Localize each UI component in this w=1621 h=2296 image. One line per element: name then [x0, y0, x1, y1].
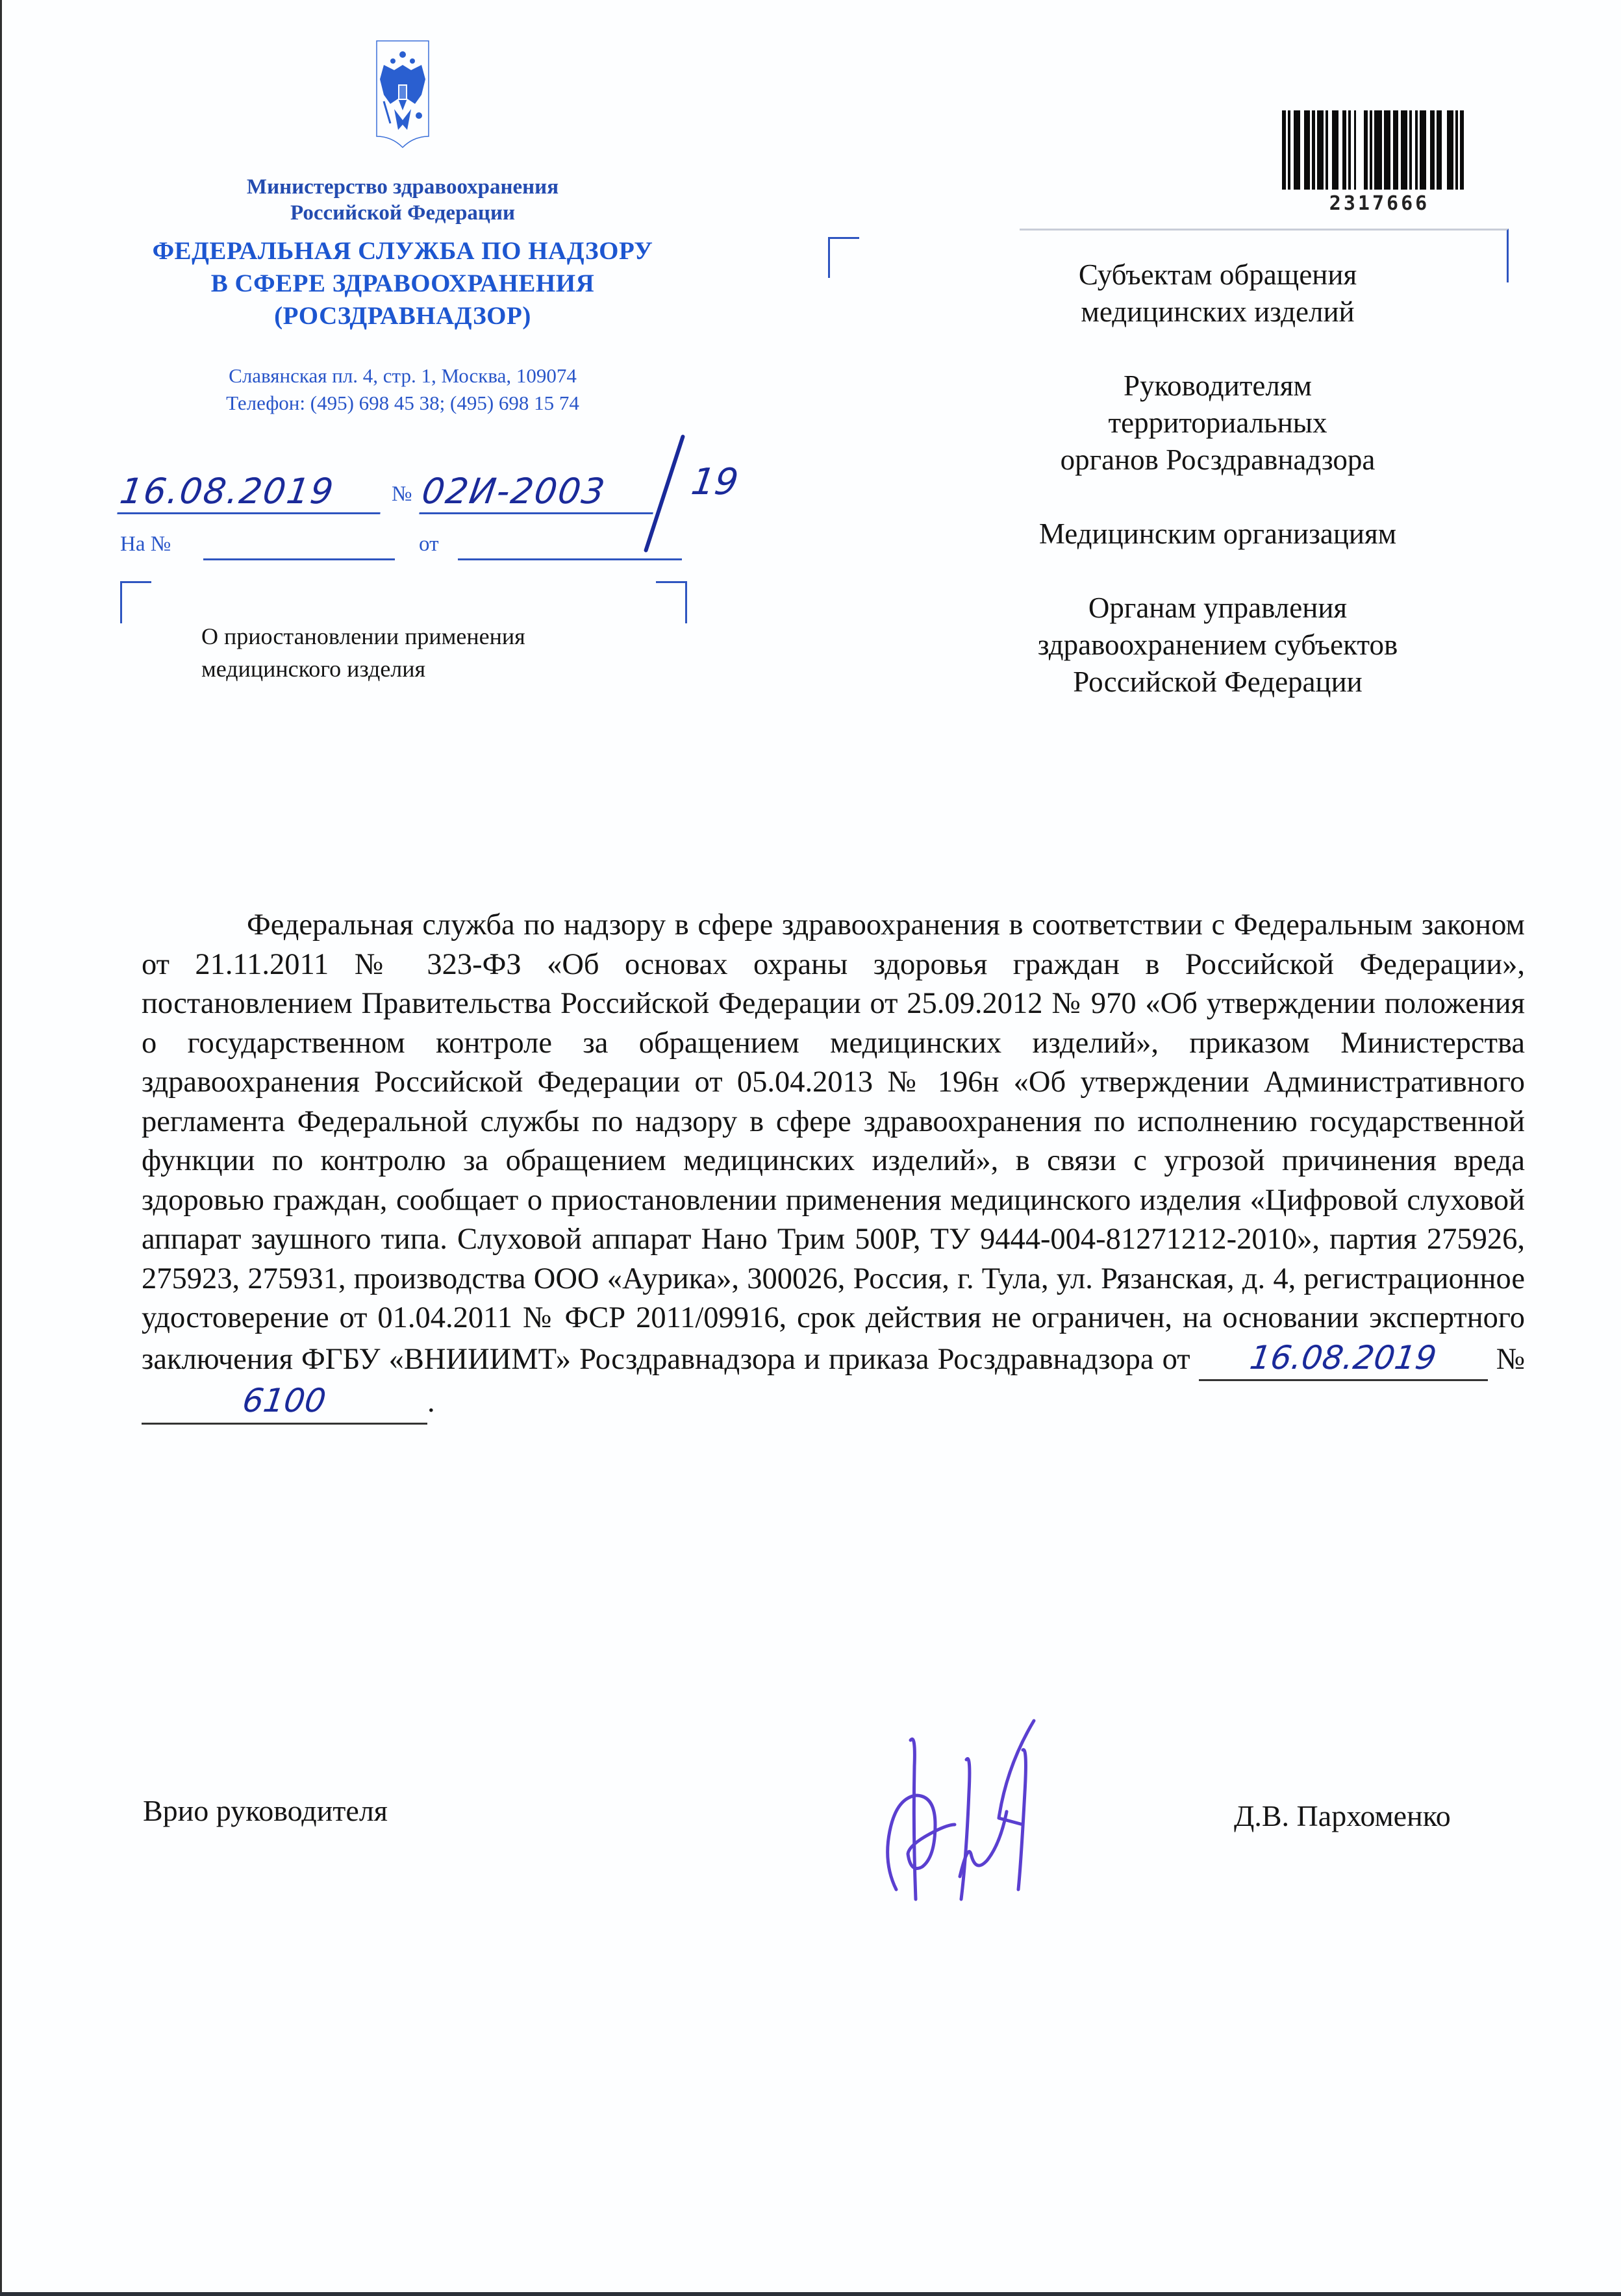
- letterhead: Министерство здравоохранения Российской …: [97, 39, 708, 417]
- addressee: Руководителям территориальных органов Ро…: [909, 368, 1526, 479]
- addressee-line: здравоохранением субъектов: [909, 627, 1526, 664]
- signature-icon: [851, 1714, 1039, 1903]
- addressee-line: Органам управления: [909, 590, 1526, 627]
- addressee-line: Российской Федерации: [909, 664, 1526, 701]
- registration-line: 16.08.2019 № 02И-2003 19: [120, 471, 783, 523]
- subject: О приостановлении применения медицинског…: [201, 620, 525, 685]
- addressee-corner-left: [828, 237, 859, 278]
- addressee-line: медицинских изделий: [909, 293, 1526, 331]
- subject-corner-right: [656, 581, 687, 623]
- page-edge: [0, 2292, 1621, 2296]
- in-reply-label: На №: [120, 532, 171, 556]
- order-number-label: №: [1496, 1343, 1525, 1376]
- registration-number-suffix: 19: [688, 461, 740, 503]
- in-reply-line: На № от: [120, 532, 685, 565]
- address: Славянская пл. 4, стр. 1, Москва, 109074: [97, 362, 708, 390]
- number-label: №: [392, 482, 412, 506]
- subject-line: медицинского изделия: [201, 653, 525, 685]
- letter-body: Федеральная служба по надзору в сфере зд…: [142, 906, 1525, 1425]
- body-paragraph: Федеральная служба по надзору в сфере зд…: [142, 908, 1525, 1376]
- addressee: Субъектам обращения медицинских изделий: [909, 256, 1526, 331]
- service-abbrev: (РОСЗДРАВНАДЗОР): [97, 300, 708, 332]
- registration-date: 16.08.2019: [117, 471, 386, 514]
- from-label: от: [419, 532, 439, 556]
- addressee-line: Медицинским организациям: [909, 516, 1526, 553]
- addressee-list: Субъектам обращения медицинских изделий …: [909, 256, 1526, 738]
- subject-corner-left: [120, 581, 151, 623]
- barcode-bars: [1282, 110, 1477, 190]
- end-punctuation: .: [427, 1386, 435, 1419]
- registration-number: 02И-2003: [419, 471, 659, 514]
- signatory-title: Врио руководителя: [143, 1793, 388, 1828]
- barcode-number: 2317666: [1282, 192, 1477, 215]
- service-name-2: В СФЕРЕ ЗДРАВООХРАНЕНИЯ: [97, 268, 708, 300]
- in-reply-number-field: [203, 558, 395, 560]
- in-reply-date-field: [458, 558, 682, 560]
- page-edge: [0, 0, 2, 2296]
- addressee: Медицинским организациям: [909, 516, 1526, 553]
- addressee-line: территориальных: [909, 405, 1526, 442]
- ministry-country: Российской Федерации: [97, 200, 708, 226]
- coat-of-arms-icon: [375, 39, 431, 149]
- order-date-field: 16.08.2019: [1199, 1338, 1488, 1382]
- addressee: Органам управления здравоохранением субъ…: [909, 590, 1526, 701]
- addressee-line: Субъектам обращения: [909, 256, 1526, 293]
- service-name-1: ФЕДЕРАЛЬНАЯ СЛУЖБА ПО НАДЗОРУ: [97, 235, 708, 268]
- addressee-line: Руководителям: [909, 368, 1526, 405]
- order-date: 16.08.2019: [1248, 1338, 1439, 1378]
- barcode: 2317666: [1282, 110, 1477, 215]
- ministry-name: Министерство здравоохранения: [97, 174, 708, 200]
- order-number: 6100: [240, 1381, 329, 1421]
- phone: Телефон: (495) 698 45 38; (495) 698 15 7…: [97, 390, 708, 417]
- subject-line: О приостановлении применения: [201, 620, 525, 653]
- order-number-field: 6100: [142, 1381, 427, 1425]
- addressee-line: органов Росздравнадзора: [909, 442, 1526, 479]
- signatory-name: Д.В. Пархоменко: [1234, 1799, 1451, 1833]
